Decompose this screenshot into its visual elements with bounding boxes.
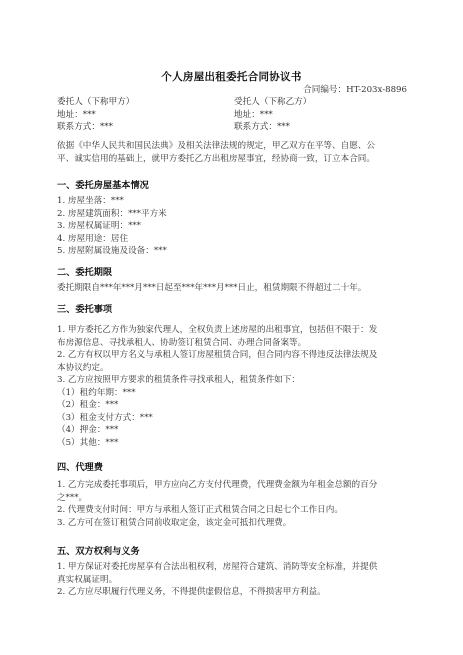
party-a-label: 委托人（下称甲方） [57, 96, 134, 109]
paragraph-line: 2. 乙方有权以甲方名义与承租人签订房屋租赁合同，但合同内容不得违反法律法规及 [57, 349, 407, 362]
list-item: 5. 房屋附属设施及设备：*** [57, 245, 407, 258]
party-a: 委托人（下称甲方） 地址：*** 联系方式：*** [57, 96, 134, 134]
list-item: （3）租金支付方式：*** [57, 412, 407, 425]
paragraph-line: 委托期限自***年***月***日起至***年***月***日止，租赁期限不得超… [57, 282, 407, 295]
paragraph-line: 2. 代理费支付时间：甲方与承租人签订正式租赁合同之日起七个工作日内。 [57, 504, 407, 517]
list-item: （2）租金：*** [57, 399, 407, 412]
paragraph-line: 2. 乙方应尽职履行代理义务，不得提供虚假信息，不得损害甲方利益。 [57, 586, 407, 599]
section-body-4: 1. 乙方完成委托事项后，甲方应向乙方支付代理费，代理费金额为年租金总额的百分 … [57, 479, 407, 529]
list-item: 3. 房屋权属证明：*** [57, 220, 407, 233]
paragraph-line: 3. 乙方可在签订租赁合同前收取定金，该定金可抵扣代理费。 [57, 517, 407, 530]
section-body-2: 委托期限自***年***月***日起至***年***月***日止，租赁期限不得超… [57, 282, 407, 295]
preamble-line: 依据《中华人民共和国民法典》及相关法律法规的规定，甲乙双方在平等、自愿、公 [57, 140, 407, 153]
paragraph-line: 3. 乙方应按照甲方要求的租赁条件寻找承租人，租赁条件如下： [57, 374, 407, 387]
party-a-address: 地址：*** [57, 109, 134, 122]
paragraph-line: 之***。 [57, 492, 407, 505]
section-body-3: 1. 甲方委托乙方作为独家代理人，全权负责上述房屋的出租事宜，包括但不限于：发 … [57, 324, 407, 449]
party-b-label: 受托人（下称乙方） [234, 96, 311, 109]
party-a-contact: 联系方式：*** [57, 121, 134, 134]
section-heading-5: 五、双方权利与义务 [57, 543, 140, 557]
paragraph-line: 真实权属证明。 [57, 574, 407, 587]
section-body-1: 1. 房屋坐落：*** 2. 房屋建筑面积：***平方米 3. 房屋权属证明：*… [57, 195, 407, 258]
section-body-5: 1. 甲方保证对委托房屋享有合法出租权利，房屋符合建筑、消防等安全标准，并提供 … [57, 561, 407, 599]
party-b-address: 地址：*** [234, 109, 311, 122]
list-item: （4）押金：*** [57, 424, 407, 437]
preamble: 依据《中华人民共和国民法典》及相关法律法规的规定，甲乙双方在平等、自愿、公 平、… [57, 140, 407, 165]
list-item: （5）其他：*** [57, 437, 407, 450]
section-heading-1: 一、委托房屋基本情况 [57, 177, 149, 191]
document-title: 个人房屋出租委托合同协议书 [0, 69, 463, 84]
section-heading-2: 二、委托期限 [57, 264, 112, 278]
paragraph-line: 本协议约定。 [57, 362, 407, 375]
party-b: 受托人（下称乙方） 地址：*** 联系方式：*** [234, 96, 311, 134]
party-b-contact: 联系方式：*** [234, 121, 311, 134]
paragraph-line: 1. 甲方委托乙方作为独家代理人，全权负责上述房屋的出租事宜，包括但不限于：发 [57, 324, 407, 337]
section-heading-4: 四、代理费 [57, 459, 103, 473]
list-item: 1. 房屋坐落：*** [57, 195, 407, 208]
document-page: 个人房屋出租委托合同协议书 合同编号：HT-203x-8896 委托人（下称甲方… [0, 0, 463, 655]
paragraph-line: 1. 甲方保证对委托房屋享有合法出租权利，房屋符合建筑、消防等安全标准，并提供 [57, 561, 407, 574]
section-heading-3: 三、委托事项 [57, 301, 112, 315]
preamble-line: 平、诚实信用的基础上，就甲方委托乙方出租房屋事宜，经协商一致，订立本合同。 [57, 153, 407, 166]
list-item: 4. 房屋用途：居住 [57, 233, 407, 246]
list-item: （1）租约年期：*** [57, 387, 407, 400]
paragraph-line: 布房源信息、寻找承租人、协助签订租赁合同、办理合同备案等。 [57, 337, 407, 350]
paragraph-line: 1. 乙方完成委托事项后，甲方应向乙方支付代理费，代理费金额为年租金总额的百分 [57, 479, 407, 492]
list-item: 2. 房屋建筑面积：***平方米 [57, 208, 407, 221]
contract-number: 合同编号：HT-203x-8896 [303, 83, 407, 95]
